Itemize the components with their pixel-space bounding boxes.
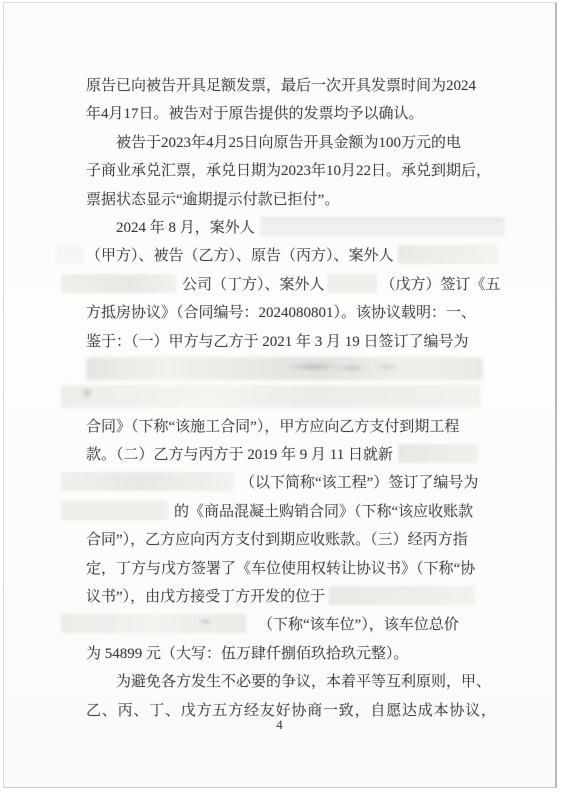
text-line: 原告已向被告开具足额发票，最后一次开具发票时间为2024: [86, 72, 488, 100]
redaction-box: [260, 217, 505, 236]
text-line: 为 54899 元（大写：伍万肆仟捌佰玖拾玖元整）。: [86, 640, 488, 668]
text-line: 被告于2023年4月25日向原告开具金额为100万元的电: [86, 129, 488, 157]
text-line: 议书”），由戊方接受丁方开发的位于: [86, 583, 488, 611]
text-line: 合同”），乙方应向丙方支付到期应收账款。（三）经丙方指: [86, 526, 488, 554]
line-text: 子商业承兑汇票，承兑日期为2023年10月22日。承兑到期后，: [86, 163, 491, 179]
text-line: （以下简称“该工程”）签订了编号为: [86, 469, 488, 497]
text-line: 年4月17日。被告对于原告提供的发票均予以确认。: [86, 100, 488, 128]
text-line: 子商业承兑汇票，承兑日期为2023年10月22日。承兑到期后，: [86, 157, 488, 185]
line-text: 定，丁方与戊方签署了《车位使用权转让协议书》（下称“协: [86, 561, 475, 577]
line-text: 为避免各方发生不必要的争议，本着平等互利原则，甲、: [116, 674, 491, 690]
document-text: 原告已向被告开具足额发票，最后一次开具发票时间为2024 年4月17日。被告对于…: [86, 72, 488, 725]
line-text: 被告于2023年4月25日向原告开具金额为100万元的电: [116, 135, 461, 151]
line-text: 为 54899 元（大写：伍万肆仟捌佰玖拾玖元整）。: [86, 646, 409, 662]
text-line: （下称“该车位”），该车位总价: [86, 611, 488, 639]
redaction-box: [398, 444, 478, 463]
line-text: 款。（二）乙方与丙方于 2019 年 9 月 11 日就新: [86, 447, 393, 463]
text-line: （甲方）、被告（乙方）、原告（丙方）、案外人: [86, 242, 488, 270]
line-text: 的《商品混凝土购销合同》（下称“该应收账款: [174, 504, 473, 520]
line-text: （以下简称“该工程”）签订了编号为: [240, 475, 478, 491]
redaction-box: [56, 245, 84, 264]
redaction-box: [61, 501, 168, 520]
redaction-band: [86, 357, 483, 380]
line-text: 鉴于：（一）甲方与乙方于 2021 年 3 月 19 日签订了编号为: [86, 334, 469, 350]
redaction-box: [398, 245, 498, 264]
redaction-box: [61, 472, 234, 491]
text-line: 票据状态显示“逾期提示付款已拒付”。: [86, 186, 488, 214]
redacted-line: [86, 356, 488, 384]
line-text: （戊方）签订《五: [381, 277, 501, 293]
text-line: 方抵房协议》（合同编号：2024080801）。该协议载明：一、: [86, 299, 488, 327]
line-text: 票据状态显示“逾期提示付款已拒付”。: [86, 192, 339, 208]
text-line: 公司（丁方）、案外人（戊方）签订《五: [86, 271, 488, 299]
line-text: 年4月17日。被告对于原告提供的发票均予以确认。: [86, 106, 424, 122]
redacted-line: [86, 384, 488, 412]
text-line: 2024 年 8 月，案外人: [86, 214, 488, 242]
line-text: 2024 年 8 月，案外人: [116, 220, 255, 236]
page-number: 4: [4, 717, 555, 733]
text-line: 为避免各方发生不必要的争议，本着平等互利原则，甲、: [86, 668, 488, 696]
line-text: 议书”），由戊方接受丁方开发的位于: [86, 589, 325, 605]
redaction-box: [327, 274, 377, 293]
line-text: 方抵房协议》（合同编号：2024080801）。该协议载明：一、: [86, 305, 476, 321]
text-line: 鉴于：（一）甲方与乙方于 2021 年 3 月 19 日签订了编号为: [86, 328, 488, 356]
text-line: 款。（二）乙方与丙方于 2019 年 9 月 11 日就新: [86, 441, 488, 469]
redaction-box: [329, 586, 475, 605]
line-text: 原告已向被告开具足额发票，最后一次开具发票时间为2024: [86, 78, 476, 94]
redaction-box: [61, 614, 246, 633]
redaction-box: [61, 274, 176, 293]
line-text: （下称“该车位”），该车位总价: [258, 617, 459, 633]
text-line: 定，丁方与戊方签署了《车位使用权转让协议书》（下称“协: [86, 555, 488, 583]
line-text: 合同”），乙方应向丙方支付到期应收账款。（三）经丙方指: [86, 532, 468, 548]
text-line: 的《商品混凝土购销合同》（下称“该应收账款: [86, 498, 488, 526]
line-text: （甲方）、被告（乙方）、原告（丙方）、案外人: [86, 248, 394, 264]
document-page: 原告已向被告开具足额发票，最后一次开具发票时间为2024 年4月17日。被告对于…: [3, 2, 557, 788]
line-text: 公司（丁方）、案外人: [182, 277, 325, 293]
line-text: 合同》（下称“该施工合同”），甲方应向乙方支付到期工程: [86, 419, 459, 435]
text-line: 合同》（下称“该施工合同”），甲方应向乙方支付到期工程: [86, 413, 488, 441]
redaction-band: [61, 385, 481, 408]
